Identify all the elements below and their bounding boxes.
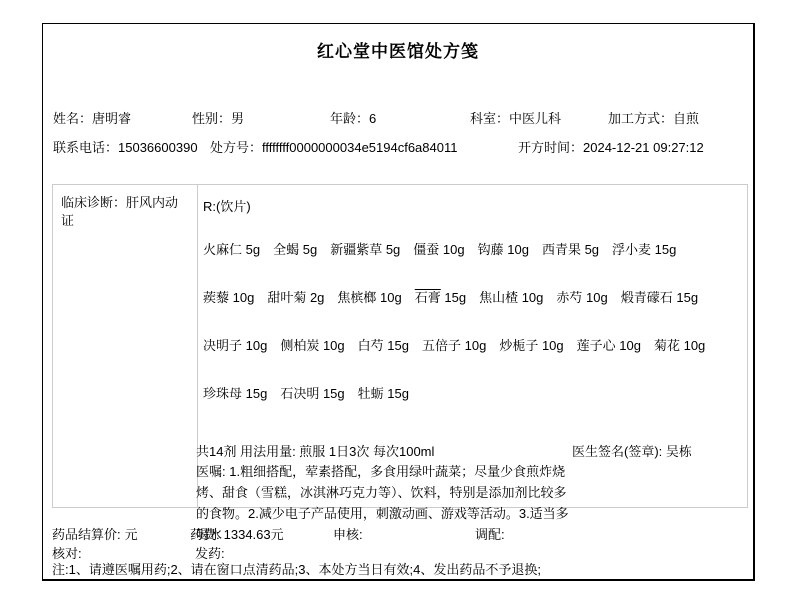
herb-item: 炒栀子 10g bbox=[499, 338, 563, 353]
herb-name: 五倍子 bbox=[422, 338, 461, 353]
herb-item: 甜叶菊 2g bbox=[267, 290, 324, 305]
issue-time-value: 2024-12-21 09:27:12 bbox=[583, 140, 704, 155]
dosage-line: 共14剂 用法用量: 煎服 1日3次 每次100ml bbox=[196, 441, 434, 460]
herb-item: 焦山楂 10g bbox=[479, 290, 543, 305]
herb-name: 新疆紫草 bbox=[330, 242, 382, 257]
field-patient-name: 姓名：唐明睿 bbox=[53, 108, 131, 127]
rx-number-label: 处方号： bbox=[210, 140, 262, 155]
herb-item: 僵蚕 10g bbox=[413, 242, 464, 257]
herb-item: 菊花 10g bbox=[654, 338, 705, 353]
herb-item: 赤芍 10g bbox=[556, 290, 607, 305]
fee-label: 药费: bbox=[190, 527, 220, 542]
rx-header: R:(饮片) bbox=[203, 196, 251, 215]
herb-name: 焦山楂 bbox=[479, 290, 518, 305]
herb-name: 决明子 bbox=[203, 338, 242, 353]
field-rx-number: 处方号：ffffffff0000000034e5194cf6a84011 bbox=[210, 137, 457, 156]
herb-name: 蒺藜 bbox=[203, 290, 229, 305]
herb-name: 甜叶菊 bbox=[267, 290, 306, 305]
herb-name: 火麻仁 bbox=[203, 242, 242, 257]
herb-item: 五倍子 10g bbox=[422, 338, 486, 353]
herb-item: 钩藤 10g bbox=[478, 242, 529, 257]
herb-item: 新疆紫草 5g bbox=[330, 242, 400, 257]
patient-name-value: 唐明睿 bbox=[92, 111, 131, 126]
field-gender: 性别：男 bbox=[192, 108, 244, 127]
herb-name: 珍珠母 bbox=[203, 386, 242, 401]
herb-line: 火麻仁 5g全蝎 5g新疆紫草 5g僵蚕 10g钩藤 10g西青果 5g浮小麦 … bbox=[203, 240, 718, 260]
diagnosis-label: 临床诊断： bbox=[61, 195, 126, 210]
fee-value: 1334.63元 bbox=[224, 527, 284, 542]
herb-item: 石决明 15g bbox=[280, 386, 344, 401]
herb-item: 西青果 5g bbox=[542, 242, 599, 257]
herb-lines: 火麻仁 5g全蝎 5g新疆紫草 5g僵蚕 10g钩藤 10g西青果 5g浮小麦 … bbox=[203, 240, 718, 432]
department-value: 中医儿科 bbox=[509, 111, 561, 126]
diagnosis-text: 临床诊断：肝风内动证 bbox=[61, 194, 191, 230]
field-age: 年龄：6 bbox=[330, 108, 376, 127]
advice-line: 烤、甜食（雪糕，冰淇淋巧克力等）、饮料，特别是添加剂比较多 bbox=[196, 482, 569, 503]
page-title: 红心堂中医馆处方笺 bbox=[43, 37, 753, 62]
phone-value: 15036600390 bbox=[118, 140, 198, 155]
herb-item: 火麻仁 5g bbox=[203, 242, 260, 257]
herb-item: 焦槟榔 10g bbox=[337, 290, 401, 305]
advice-line: 医嘱: 1.粗细搭配，荤素搭配，多食用绿叶蔬菜；尽量少食煎炸烧 bbox=[196, 461, 569, 482]
herb-item: 决明子 10g bbox=[203, 338, 267, 353]
processing-label: 加工方式： bbox=[608, 111, 673, 126]
department-label: 科室： bbox=[470, 111, 509, 126]
patient-name-label: 姓名： bbox=[53, 111, 92, 126]
gender-value: 男 bbox=[231, 111, 244, 126]
herb-name: 牡蛎 bbox=[358, 386, 384, 401]
diagnosis-cell: 临床诊断：肝风内动证 bbox=[53, 185, 198, 507]
phone-label: 联系电话： bbox=[53, 140, 118, 155]
prescription-document: 红心堂中医馆处方笺 姓名：唐明睿 性别：男 年龄：6 科室：中医儿科 加工方式：… bbox=[42, 23, 755, 581]
doctor-signature-label: 医生签名(签章): bbox=[572, 444, 666, 459]
settle-price-value: 元 bbox=[125, 527, 138, 542]
herb-item: 珍珠母 15g bbox=[203, 386, 267, 401]
herb-line: 珍珠母 15g石决明 15g牡蛎 15g bbox=[203, 384, 718, 404]
herb-name: 侧柏炭 bbox=[280, 338, 319, 353]
herb-item: 浮小麦 15g bbox=[612, 242, 676, 257]
processing-value: 自煎 bbox=[673, 111, 699, 126]
field-department: 科室：中医儿科 bbox=[470, 108, 561, 127]
herb-name: 僵蚕 bbox=[413, 242, 439, 257]
herb-item: 白芍 15g bbox=[358, 338, 409, 353]
herb-name: 煅青礞石 bbox=[621, 290, 673, 305]
gender-label: 性别： bbox=[192, 111, 231, 126]
settle-price-label: 药品结算价: bbox=[52, 527, 121, 542]
herb-item: 全蝎 5g bbox=[273, 242, 317, 257]
issue-time-label: 开方时间： bbox=[518, 140, 583, 155]
advice-line: 的食物。2.减少电子产品使用，刺激动画、游戏等活动。3.适当多 bbox=[196, 503, 569, 524]
footer-note: 注:1、请遵医嘱用药;2、请在窗口点清药品;3、本处方当日有效;4、发出药品不予… bbox=[52, 559, 541, 578]
herb-item: 石膏 15g bbox=[415, 290, 466, 305]
herb-name: 莲子心 bbox=[577, 338, 616, 353]
herb-name: 浮小麦 bbox=[612, 242, 651, 257]
doctor-name: 吴栋 bbox=[666, 444, 692, 459]
herb-name: 焦槟榔 bbox=[337, 290, 376, 305]
field-settle-price: 药品结算价:元 bbox=[52, 524, 138, 543]
herb-name: 赤芍 bbox=[556, 290, 582, 305]
field-review: 申核: bbox=[333, 524, 363, 543]
herb-line: 决明子 10g侧柏炭 10g白芍 15g五倍子 10g炒栀子 10g莲子心 10… bbox=[203, 336, 718, 356]
herb-name: 石膏 bbox=[415, 290, 441, 305]
herb-name: 菊花 bbox=[654, 338, 680, 353]
herb-item: 蒺藜 10g bbox=[203, 290, 254, 305]
herb-name: 钩藤 bbox=[478, 242, 504, 257]
age-label: 年龄： bbox=[330, 111, 369, 126]
rx-number-value: ffffffff0000000034e5194cf6a84011 bbox=[262, 140, 457, 155]
doctor-signature: 医生签名(签章): 吴栋 bbox=[572, 441, 692, 460]
age-value: 6 bbox=[369, 111, 376, 126]
herb-item: 侧柏炭 10g bbox=[280, 338, 344, 353]
herb-name: 全蝎 bbox=[273, 242, 299, 257]
herb-item: 牡蛎 15g bbox=[358, 386, 409, 401]
herb-name: 石决明 bbox=[280, 386, 319, 401]
field-dispense: 调配: bbox=[475, 524, 505, 543]
herb-name: 白芍 bbox=[358, 338, 384, 353]
herb-name: 西青果 bbox=[542, 242, 581, 257]
field-processing: 加工方式：自煎 bbox=[608, 108, 699, 127]
herb-name: 炒栀子 bbox=[499, 338, 538, 353]
herb-line: 蒺藜 10g甜叶菊 2g焦槟榔 10g石膏 15g焦山楂 10g赤芍 10g煅青… bbox=[203, 288, 718, 308]
herb-item: 煅青礞石 15g bbox=[621, 290, 698, 305]
field-phone: 联系电话：15036600390 bbox=[53, 137, 198, 156]
field-fee: 药费:1334.63元 bbox=[190, 524, 284, 543]
herb-item: 莲子心 10g bbox=[577, 338, 641, 353]
field-issue-time: 开方时间：2024-12-21 09:27:12 bbox=[518, 137, 704, 156]
